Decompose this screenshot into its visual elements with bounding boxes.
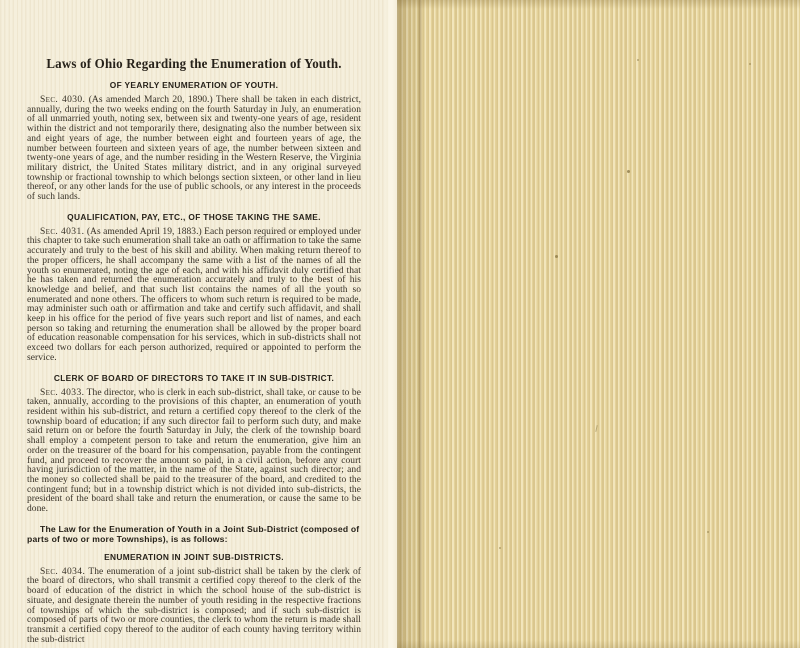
subtitle-yearly-enumeration: OF YEARLY ENUMERATION OF YOUTH. bbox=[32, 80, 356, 91]
facing-cover-page bbox=[397, 0, 800, 648]
paragraph-sec-4034: Sec. 4034. The enumeration of a joint su… bbox=[27, 568, 361, 646]
paragraph-sec-4031: Sec. 4031. (As amended April 19, 1883.) … bbox=[27, 228, 361, 364]
paper-speck bbox=[499, 547, 501, 549]
paragraph-sec-4033: Sec. 4033. The director, who is clerk in… bbox=[27, 389, 361, 515]
paper-speck bbox=[627, 170, 630, 173]
heading-qualification-pay: QUALIFICATION, PAY, ETC., OF THOSE TAKIN… bbox=[32, 212, 356, 223]
paper-speck bbox=[595, 425, 597, 432]
heading-clerk-of-board: CLERK OF BOARD OF DIRECTORS TO TAKE IT I… bbox=[32, 373, 356, 384]
paragraph-joint-subdistrict-intro: The Law for the Enumeration of Youth in … bbox=[27, 524, 361, 545]
paper-speck bbox=[637, 59, 639, 61]
paragraph-sec-4030: Sec. 4030. (As amended March 20, 1890.) … bbox=[27, 96, 361, 203]
page-title: Laws of Ohio Regarding the Enumeration o… bbox=[34, 55, 355, 72]
book-scan: Laws of Ohio Regarding the Enumeration o… bbox=[0, 0, 800, 648]
section-text-4034: The enumeration of a joint sub-district … bbox=[27, 567, 361, 645]
section-number-4030: Sec. 4030. bbox=[40, 95, 85, 105]
section-text-4033: The director, who is clerk in each sub-d… bbox=[27, 388, 361, 514]
printed-page: Laws of Ohio Regarding the Enumeration o… bbox=[0, 0, 397, 648]
paper-speck bbox=[749, 63, 751, 65]
heading-enumeration-joint: ENUMERATION IN JOINT SUB-DISTRICTS. bbox=[32, 552, 356, 563]
section-text-4030: (As amended March 20, 1890.) There shall… bbox=[27, 95, 361, 202]
section-text-4031: (As amended April 19, 1883.) Each person… bbox=[27, 227, 361, 363]
paper-speck bbox=[555, 255, 558, 258]
page-content: Laws of Ohio Regarding the Enumeration o… bbox=[27, 0, 361, 645]
paper-speck bbox=[707, 531, 709, 533]
gutter-crease bbox=[419, 0, 421, 648]
